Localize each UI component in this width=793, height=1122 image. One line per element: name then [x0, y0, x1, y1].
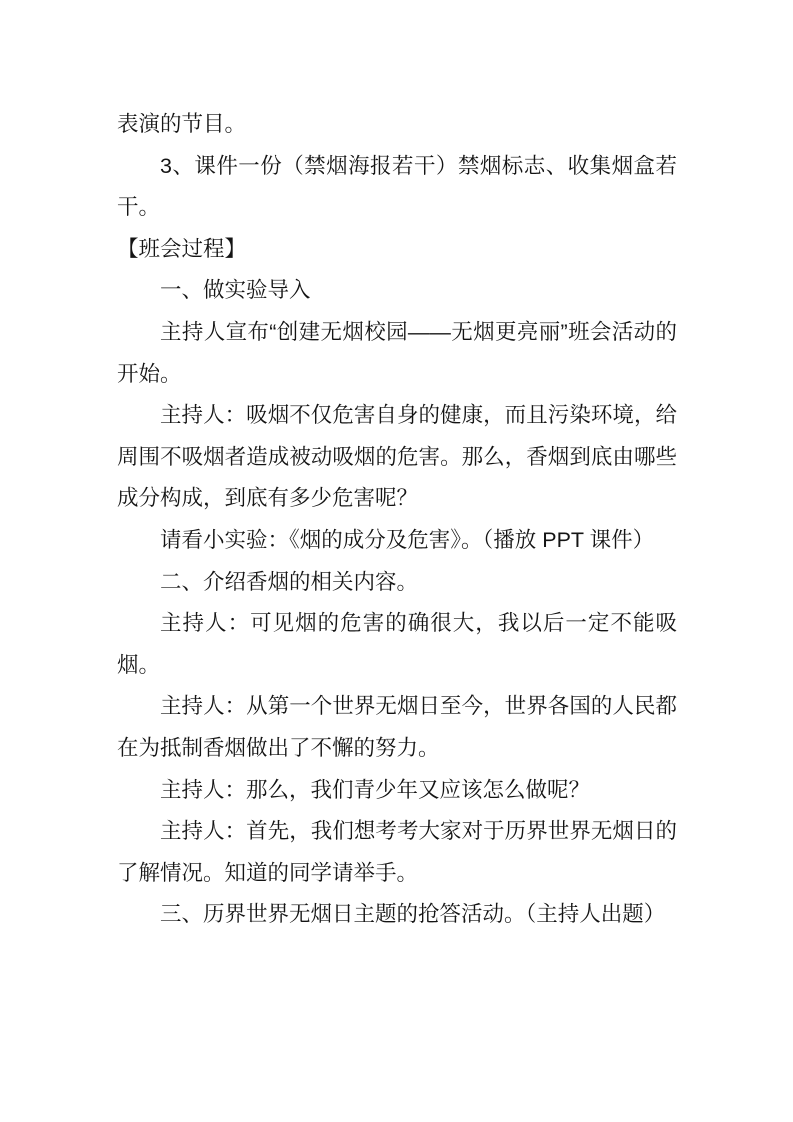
paragraph: 主持人：那么，我们青少年又应该怎么做呢？ — [117, 770, 677, 812]
paragraph: 3、课件一份（禁烟海报若干）禁烟标志、收集烟盒若干。 — [117, 146, 677, 229]
paragraph: 主持人：可见烟的危害的确很大，我以后一定不能吸烟。 — [117, 603, 677, 686]
paragraph: 一、做实验导入 — [117, 270, 677, 312]
paragraph: 主持人：从第一个世界无烟日至今，世界各国的人民都在为抵制香烟做出了不懈的努力。 — [117, 686, 677, 769]
paragraph: 【班会过程】 — [117, 229, 677, 271]
paragraph: 主持人：吸烟不仅危害自身的健康，而且污染环境，给周围不吸烟者造成被动吸烟的危害。… — [117, 395, 677, 520]
paragraph: 主持人：首先，我们想考考大家对于历界世界无烟日的了解情况。知道的同学请举手。 — [117, 811, 677, 894]
paragraph: 三、历界世界无烟日主题的抢答活动。（主持人出题） — [117, 894, 677, 936]
paragraph: 表演的节目。 — [117, 104, 677, 146]
paragraph: 请看小实验：《烟的成分及危害》。（播放 PPT 课件） — [117, 520, 677, 562]
paragraph: 主持人宣布“创建无烟校园——无烟更亮丽”班会活动的开始。 — [117, 312, 677, 395]
document-body: 表演的节目。3、课件一份（禁烟海报若干）禁烟标志、收集烟盒若干。【班会过程】一、… — [117, 104, 677, 936]
paragraph: 二、介绍香烟的相关内容。 — [117, 562, 677, 604]
document-page: { "page": { "background_color": "#ffffff… — [0, 0, 793, 1122]
